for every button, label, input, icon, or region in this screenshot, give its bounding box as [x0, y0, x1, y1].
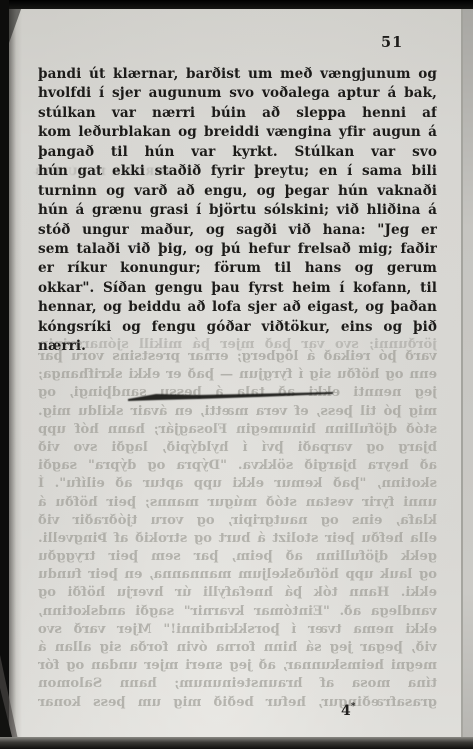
signature-number: 4 — [341, 703, 351, 719]
text-line: hvolfdi í sjer augunum svo voðalega aptu… — [38, 84, 437, 103]
ink-smudge-mark — [128, 390, 334, 403]
bleed-line: að heyra bjargið sökkva. "Dýpra og dýpra… — [38, 457, 437, 475]
text-line: kóngsríki og fengu góðar viðtökur, eins … — [38, 318, 437, 337]
text-line: er ríkur konungur; förum til hans og ger… — [38, 259, 437, 278]
text-line: okkar". Síðan gengu þau fyrst heim í kof… — [38, 279, 437, 298]
bleed-line: bjarg og varpaði því í hyldýpið, lagði s… — [38, 439, 437, 457]
signature-star: * — [351, 702, 356, 712]
bleed-line: enn og höfðu sig í fyrgjun — það er ekki… — [38, 366, 437, 384]
text-line: hennar, og beiddu að lofa sjer að eigast… — [38, 298, 437, 317]
scan-edge-top — [0, 0, 473, 9]
text-line: turninn og varð að engu, og þegar hún va… — [38, 182, 437, 201]
text-line: hún gat ekki staðið fyrir þreytu; en í s… — [38, 162, 437, 181]
page-number: 51 — [381, 34, 403, 51]
scanned-book-page: SKRIÐUR 13. JÚLÍ 1841 jörðunni; svo var … — [0, 0, 473, 749]
bleed-line: ekki. Hann tók þá hnefafylli úr hverju h… — [38, 584, 437, 602]
bleed-line: og lauk upp höfuðskeljum mannanna, en þe… — [38, 566, 437, 584]
bleed-line: klafa, eins og nautgripir, og voru tjóðr… — [38, 512, 437, 530]
text-line: nærri. — [38, 337, 437, 356]
bleed-line: megni heimskunnar, að jeg sneri mjer und… — [38, 657, 437, 675]
bleed-line: vandlega að. "Eintómar kvarnir" sagði an… — [38, 603, 437, 621]
main-text-block: þandi út klærnar, barðist um með vængjun… — [38, 65, 437, 357]
bleed-line: tína mosa af hraunsteinunum; hann Salomo… — [38, 675, 437, 693]
page-curve-shading — [9, 9, 22, 737]
next-page-edge — [463, 9, 473, 737]
bleed-line: ella hefðu þeir stolizt á burt og stroki… — [38, 530, 437, 548]
text-line: kom leðurblakan og breiddi vængina yfir … — [38, 123, 437, 142]
text-line: stóð ungur maður, og sagði við hana: "Je… — [38, 221, 437, 240]
bleed-line: stóð djöfullinn hinumegin Flosagjár; han… — [38, 421, 437, 439]
text-line: stúlkan var nærri búin að sleppa henni a… — [38, 104, 437, 123]
text-line: þangað til hún var kyrkt. Stúlkan var sv… — [38, 143, 437, 162]
bleed-line: skotinn, "það kemur ekki upp aptur að ei… — [38, 475, 437, 493]
signature-mark: 4* — [341, 702, 355, 719]
bleed-line: ekki nema tvær í þorskkindinni!" Mjer va… — [38, 621, 437, 639]
bleed-line: við, þegar jeg sá hinn forna óvin forða … — [38, 639, 437, 657]
text-line: hún á grænu grasi í björtu sólskini; við… — [38, 201, 437, 220]
bleed-line: mig þó til þess, ef vera mætti, en ávair… — [38, 403, 437, 421]
text-line: sem talaði við þig, og þú hefur frelsað … — [38, 240, 437, 259]
bleed-line: unni fyrir vestan stóð múgur manns; þeir… — [38, 494, 437, 512]
bleed-line: gekk djöfullinn að þeim, þar sem þeir tr… — [38, 548, 437, 566]
text-line: þandi út klærnar, barðist um með vængjun… — [38, 65, 437, 84]
bleed-line: grasafræðingur, hefur beðið mig um þess … — [38, 694, 437, 712]
book-spine-shadow — [0, 0, 9, 749]
scan-edge-bottom — [0, 737, 473, 749]
